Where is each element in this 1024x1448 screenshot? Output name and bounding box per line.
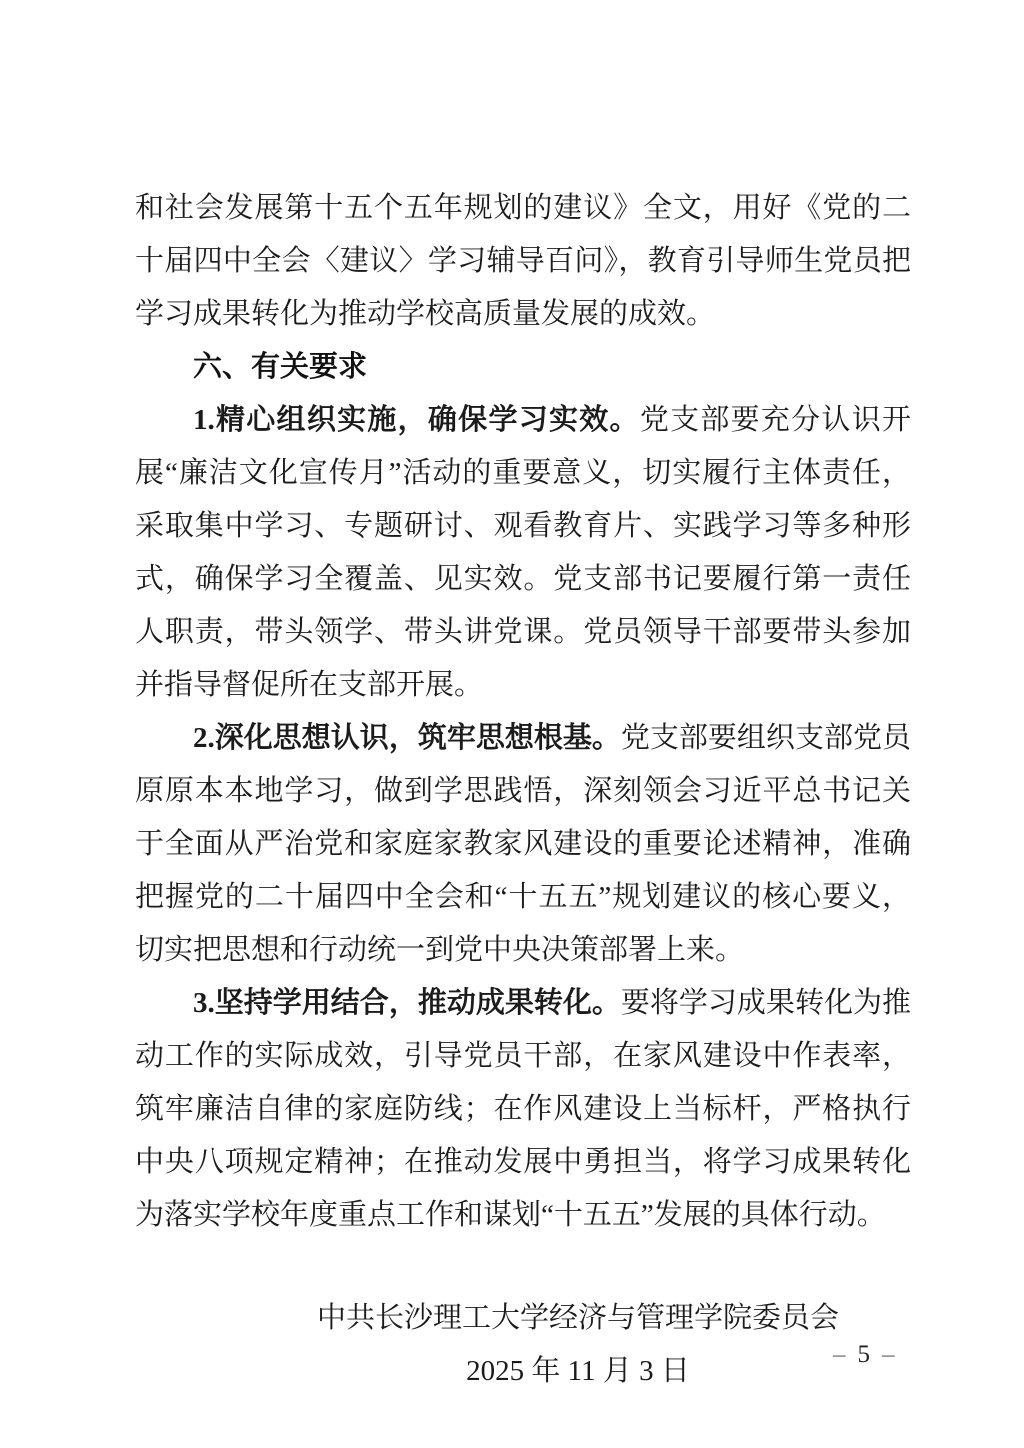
page-number: – 5 – [833,1340,943,1370]
requirement-paragraph-1: 1.精心组织实施，确保学习实效。党支部要充分认识开展“廉洁文化宣传月”活动的重要… [135,394,911,712]
continuation-paragraph: 和社会发展第十五个五年规划的建议》全文，用好《党的二十届四中全会〈建议〉学习辅导… [135,182,911,341]
requirement-paragraph-3: 3.坚持学用结合，推动成果转化。要将学习成果转化为推动工作的实际成效，引导党员干… [135,977,911,1242]
paragraph-3-body: 要将学习成果转化为推动工作的实际成效，引导党员干部，在家风建设中作表率，筑牢廉洁… [135,987,911,1231]
document-body: 和社会发展第十五个五年规划的建议》全文，用好《党的二十届四中全会〈建议〉学习辅导… [135,182,911,1398]
document-page: 和社会发展第十五个五年规划的建议》全文，用好《党的二十届四中全会〈建议〉学习辅导… [0,0,1024,1448]
paragraph-2-body: 党支部要组织支部党员原原本本地学习，做到学思践悟，深刻领会习近平总书记关于全面从… [135,722,911,966]
paragraph-1-lead: 1.精心组织实施，确保学习实效。 [193,404,640,436]
page-number-dash-left: – [833,1340,846,1370]
signature-organization: 中共长沙理工大学经济与管理学院委员会 [245,1292,911,1345]
page-number-value: 5 [858,1340,871,1370]
signature-date: 2025 年 11 月 3 日 [245,1345,911,1398]
requirement-paragraph-2: 2.深化思想认识，筑牢思想根基。党支部要组织支部党员原原本本地学习，做到学思践悟… [135,712,911,977]
signature-block: 中共长沙理工大学经济与管理学院委员会 2025 年 11 月 3 日 [135,1292,911,1398]
paragraph-1-body: 党支部要充分认识开展“廉洁文化宣传月”活动的重要意义，切实履行主体责任，采取集中… [135,404,911,701]
page-number-dash-right: – [882,1340,895,1370]
paragraph-2-lead: 2.深化思想认识，筑牢思想根基。 [193,722,621,754]
paragraph-3-lead: 3.坚持学用结合，推动成果转化。 [193,987,621,1019]
section-heading: 六、有关要求 [135,341,911,394]
